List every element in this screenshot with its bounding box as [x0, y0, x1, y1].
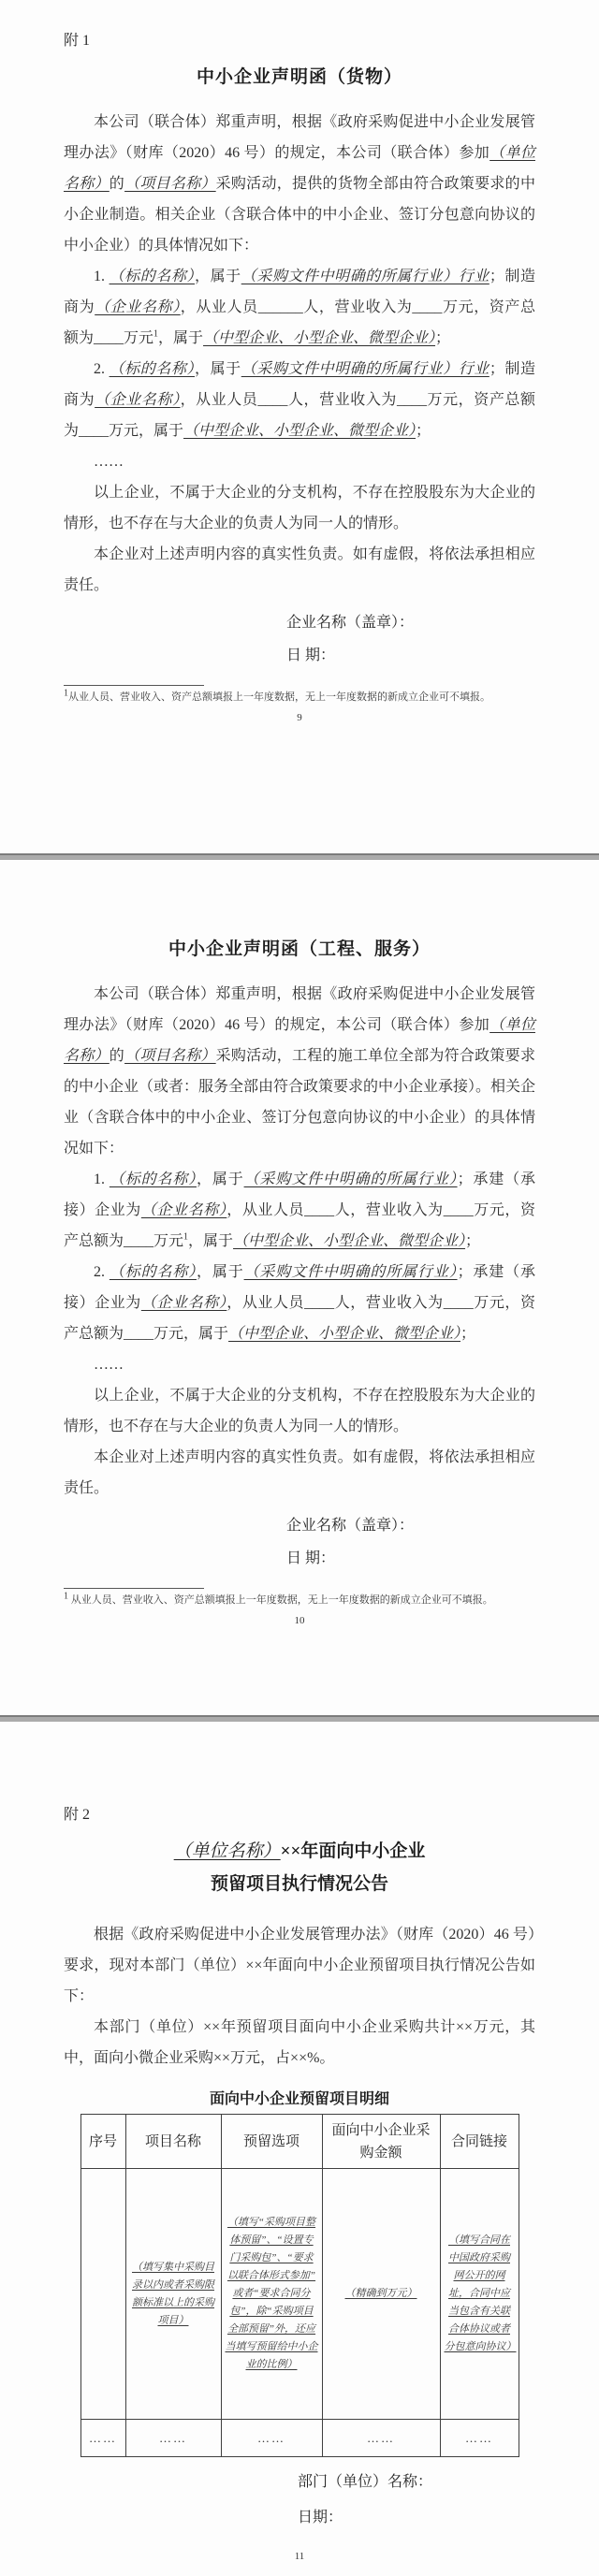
- announcement-paragraph-1: 根据《政府采购促进中小企业发展管理办法》（财库（2020）46 号）要求，现对本…: [64, 1919, 535, 2012]
- company-seal-label: 企业名称（盖章）：: [286, 606, 535, 639]
- declaration-paragraph: 本公司（联合体）郑重声明，根据《政府采购促进中小企业发展管理办法》（财库（202…: [64, 107, 535, 261]
- announcement-title-line-2: 预留项目执行情况公告: [64, 1868, 535, 1900]
- table-header-row: 序号 项目名称 预留选项 面向中小企业采购金额 合同链接: [80, 2115, 519, 2169]
- company-seal-label: 企业名称（盖章）：: [286, 1509, 535, 1542]
- table-instruction-row: （填写集中采购目录以内或者采购限额标准以上的采购项目） （填写“采购项目整体预留…: [80, 2169, 519, 2420]
- cell-reserve-option: （填写“采购项目整体预留”、“设置专门采购包”、“要求以联合体形式参加”或者“要…: [221, 2169, 322, 2420]
- cell-dots: ……: [221, 2420, 322, 2457]
- header-serial-number: 序号: [80, 2115, 125, 2169]
- footnote-text: 从业人员、营业收入、资产总额填报上一年度数据，无上一年度数据的新成立企业可不填报…: [68, 691, 490, 703]
- page-2-title: 中小企业声明函（工程、服务）: [64, 935, 535, 960]
- header-reserve-option: 预留选项: [221, 2115, 322, 2169]
- closing-paragraph-1: 以上企业，不属于大企业的分支机构，不存在控股股东为大企业的情形，也不存在与大企业…: [64, 1380, 535, 1442]
- ellipsis-line: ……: [64, 1349, 535, 1380]
- department-name-label: 部门（单位）名称：: [298, 2465, 535, 2500]
- signature-block: 企业名称（盖章）： 日 期：: [286, 606, 535, 672]
- cell-project-name: （填写集中采购目录以内或者采购限额标准以上的采购项目）: [125, 2169, 221, 2420]
- closing-paragraph-2: 本企业对上述声明内容的真实性负责。如有虚假，将依法承担相应责任。: [64, 539, 535, 601]
- header-contract-link: 合同链接: [440, 2115, 519, 2169]
- attachment-2-label: 附 2: [64, 1722, 535, 1824]
- list-item-2: 2. （标的名称），属于（采购文件中明确的所属行业）行业；制造商为（企业名称），…: [64, 354, 535, 446]
- page-1: 附 1 中小企业声明函（货物） 本公司（联合体）郑重声明，根据《政府采购促进中小…: [0, 0, 599, 853]
- page-number: 11: [64, 2551, 535, 2562]
- page-separator: [0, 1715, 599, 1722]
- page-2: 中小企业声明函（工程、服务） 本公司（联合体）郑重声明，根据《政府采购促进中小企…: [0, 860, 599, 1715]
- cell-contract-link: （填写合同在中国政府采购网公开的网址，合同中应当包含有关联合体协议或者分包意向协…: [440, 2169, 519, 2420]
- ellipsis-line: ……: [64, 446, 535, 477]
- footnote-rule: [64, 685, 204, 686]
- date-label: 日 期：: [286, 639, 535, 672]
- page-1-title: 中小企业声明函（货物）: [64, 63, 535, 88]
- signature-block: 企业名称（盖章）： 日 期：: [286, 1509, 535, 1575]
- announcement-title-line-1: （单位名称）××年面向中小企业: [64, 1835, 535, 1868]
- page-1-body: 本公司（联合体）郑重声明，根据《政府采购促进中小企业发展管理办法》（财库（202…: [64, 107, 535, 601]
- page-separator: [0, 853, 599, 860]
- page-number: 10: [64, 1615, 535, 1626]
- signature-block: 部门（单位）名称： 日期：: [298, 2465, 535, 2536]
- cell-sme-purchase-amount: （精确到万元）: [322, 2169, 440, 2420]
- closing-paragraph-2: 本企业对上述声明内容的真实性负责。如有虚假，将依法承担相应责任。: [64, 1442, 535, 1504]
- header-project-name: 项目名称: [125, 2115, 221, 2169]
- cell-dots: ……: [322, 2420, 440, 2457]
- list-item-2: 2. （标的名称），属于（采购文件中明确的所属行业）；承建（承接）企业为（企业名…: [64, 1257, 535, 1349]
- page-number: 9: [64, 712, 535, 723]
- page-3: 附 2 （单位名称）××年面向中小企业 预留项目执行情况公告 根据《政府采购促进…: [0, 1722, 599, 2576]
- page-2-body: 本公司（联合体）郑重声明，根据《政府采购促进中小企业发展管理办法》（财库（202…: [64, 979, 535, 1504]
- cell-serial-number: [80, 2169, 125, 2420]
- date-label: 日 期：: [286, 1542, 535, 1575]
- table-caption: 面向中小企业预留项目明细: [64, 2087, 535, 2108]
- footnote: 1从业人员、营业收入、资产总额填报上一年度数据，无上一年度数据的新成立企业可不填…: [64, 685, 535, 705]
- header-sme-purchase-amount: 面向中小企业采购金额: [322, 2115, 440, 2169]
- cell-dots: ……: [125, 2420, 221, 2457]
- list-item-1: 1. （标的名称），属于（采购文件中明确的所属行业）行业；制造商为（企业名称），…: [64, 261, 535, 354]
- closing-paragraph-1: 以上企业，不属于大企业的分支机构，不存在控股股东为大企业的情形，也不存在与大企业…: [64, 477, 535, 539]
- reserved-projects-table: 序号 项目名称 预留选项 面向中小企业采购金额 合同链接 （填写集中采购目录以内…: [80, 2114, 519, 2457]
- date-label: 日期：: [298, 2500, 535, 2536]
- footnote-rule: [64, 1588, 204, 1589]
- attachment-1-label: 附 1: [64, 0, 535, 50]
- table-ellipsis-row: …… …… …… …… ……: [80, 2420, 519, 2457]
- announcement-paragraph-2: 本部门（单位）××年预留项目面向中小企业采购共计××万元，其中，面向小微企业采购…: [64, 2012, 535, 2074]
- list-item-1: 1. （标的名称），属于（采购文件中明确的所属行业）；承建（承接）企业为（企业名…: [64, 1164, 535, 1257]
- declaration-paragraph: 本公司（联合体）郑重声明，根据《政府采购促进中小企业发展管理办法》（财库（202…: [64, 979, 535, 1164]
- cell-dots: ……: [440, 2420, 519, 2457]
- footnote: 1 从业人员、营业收入、资产总额填报上一年度数据，无上一年度数据的新成立企业可不…: [64, 1588, 535, 1608]
- page-3-body: 根据《政府采购促进中小企业发展管理办法》（财库（2020）46 号）要求，现对本…: [64, 1919, 535, 2074]
- cell-dots: ……: [80, 2420, 125, 2457]
- announcement-title: （单位名称）××年面向中小企业 预留项目执行情况公告: [64, 1835, 535, 1900]
- footnote-text: 从业人员、营业收入、资产总额填报上一年度数据，无上一年度数据的新成立企业可不填报…: [68, 1594, 493, 1606]
